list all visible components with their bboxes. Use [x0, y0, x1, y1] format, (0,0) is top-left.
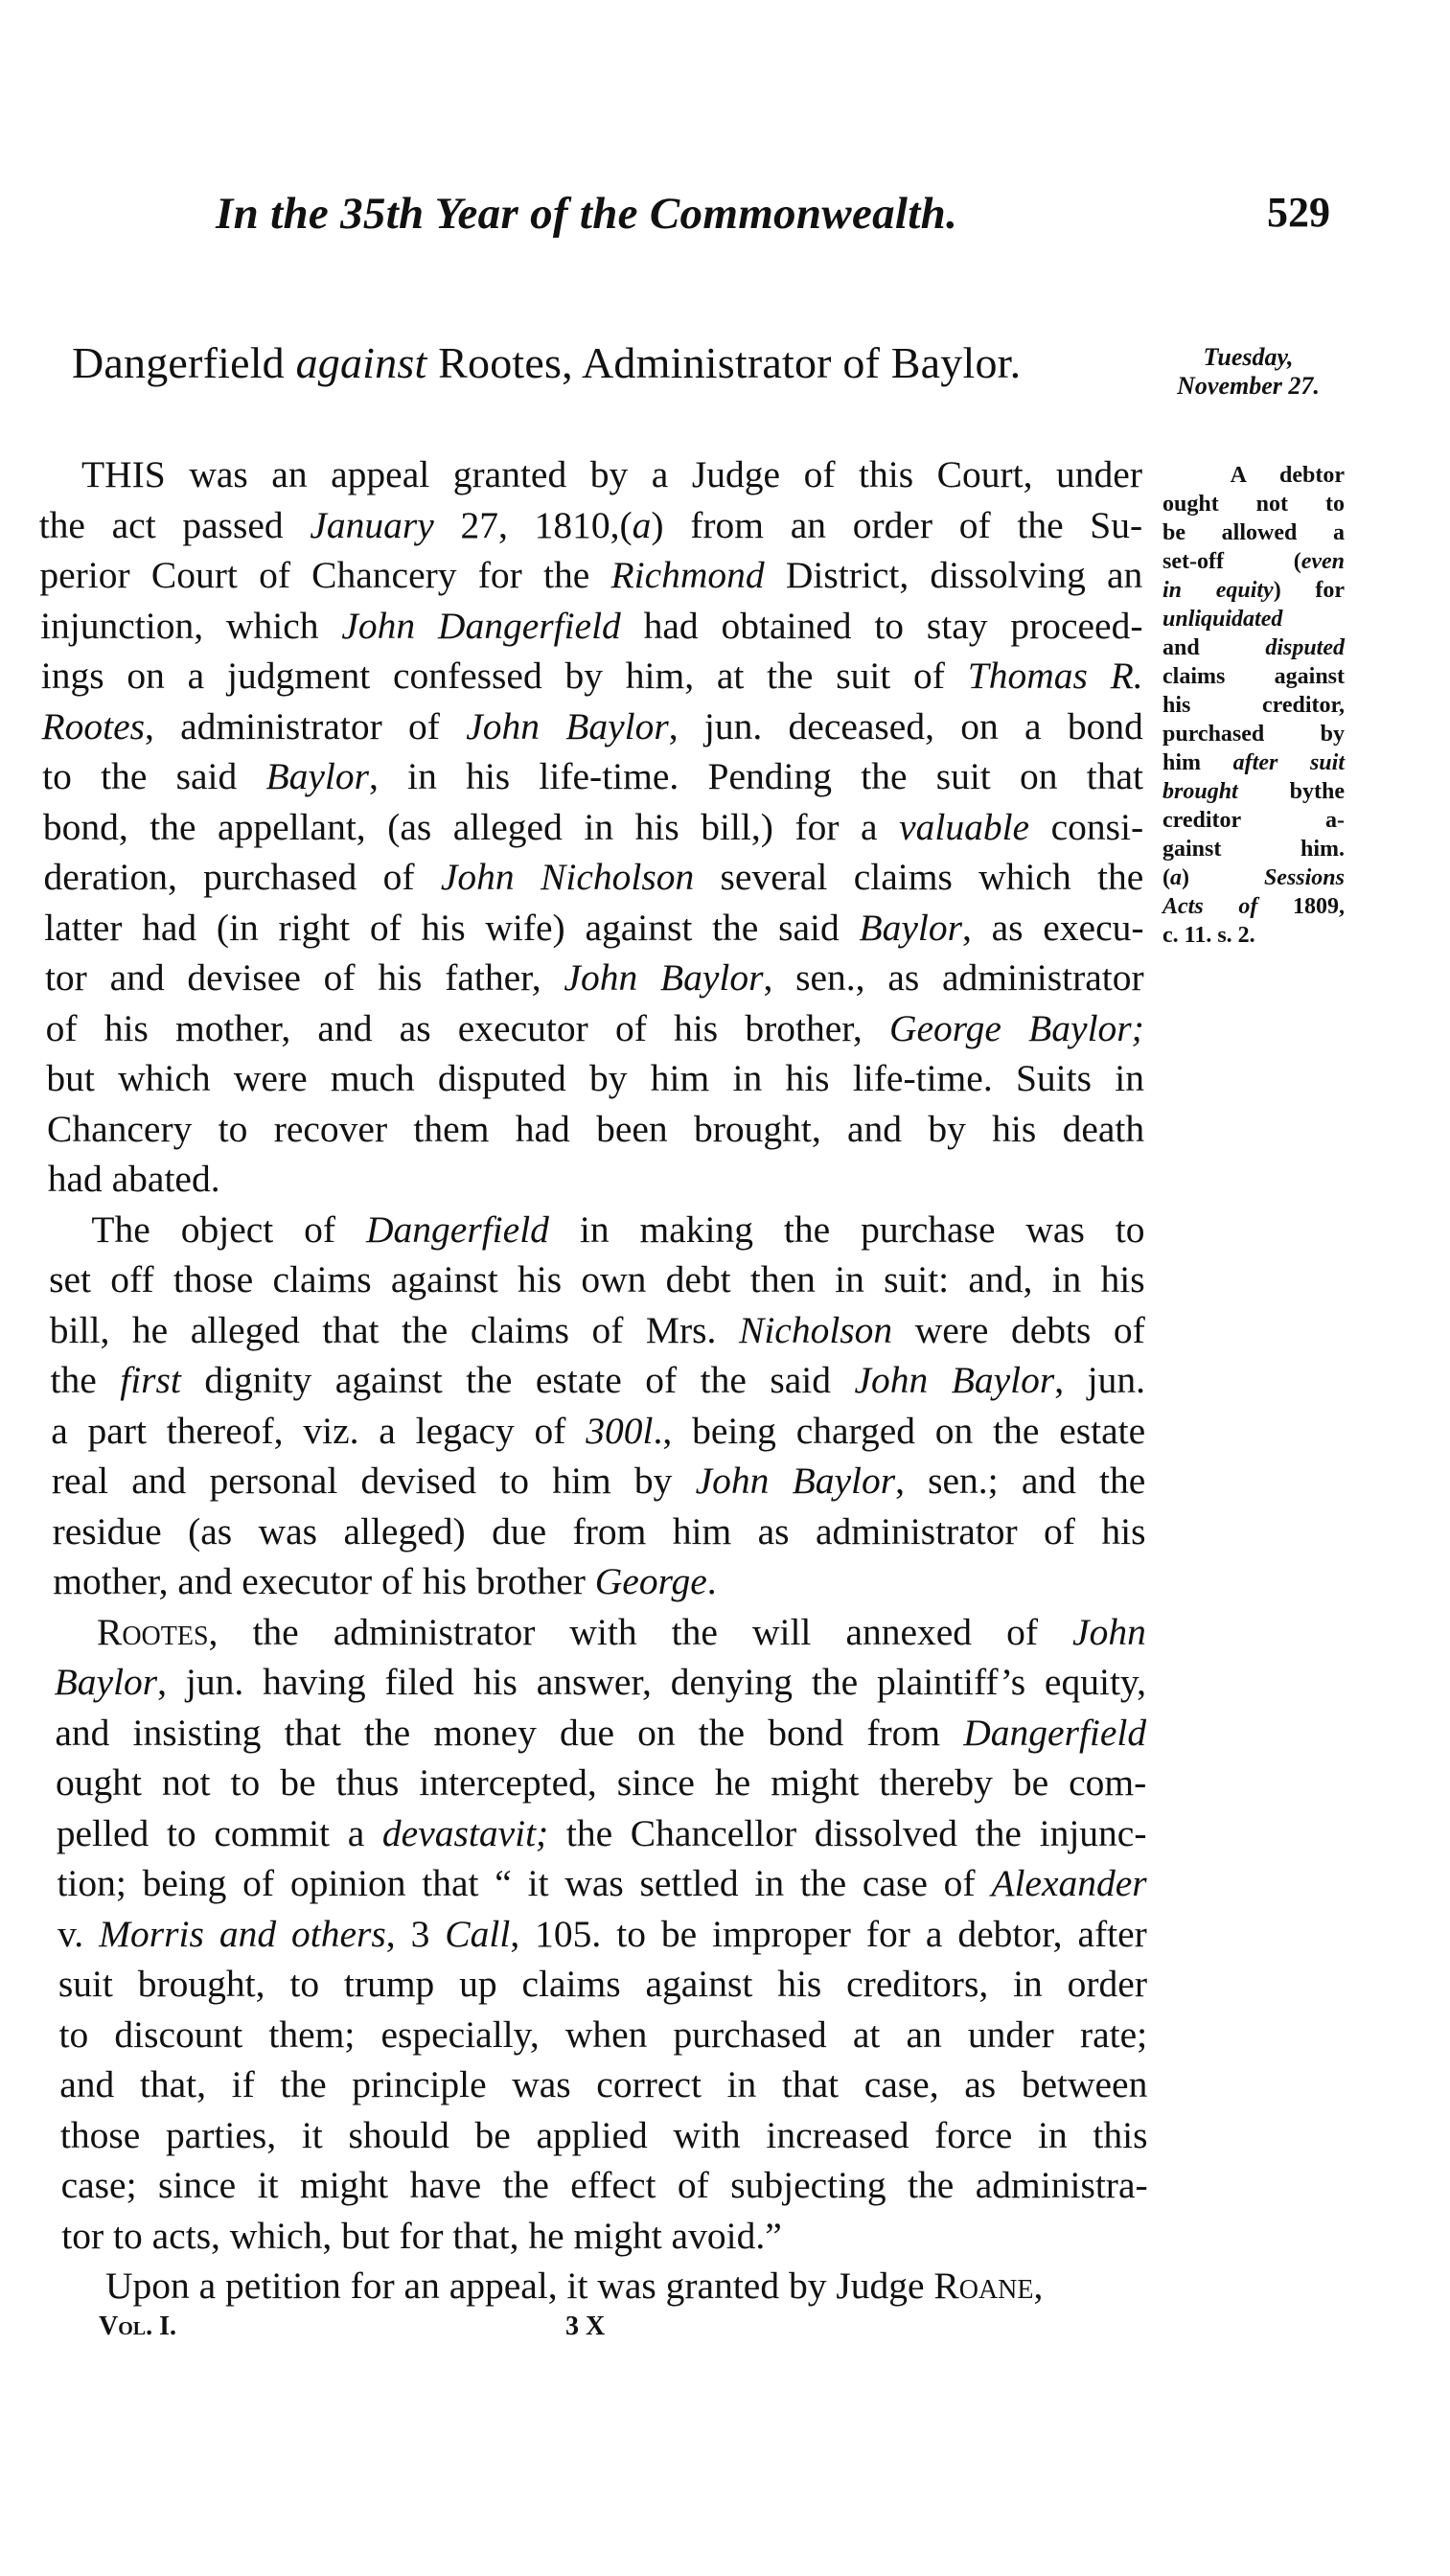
body-line: bill, he alleged that the claims of Mrs.… — [50, 1305, 1145, 1355]
case-title: Dangerfield against Rootes, Administrato… — [72, 337, 1021, 388]
text-run: bill, he alleged that the claims of Mrs. — [50, 1309, 739, 1351]
text-run: residue (as was alleged) due from him as… — [53, 1510, 1146, 1552]
text-run: c. 11. s. 2. — [1162, 923, 1255, 948]
italic-run: devastavit; — [382, 1812, 548, 1854]
body-line: tion; being of opinion that “ it was set… — [57, 1858, 1146, 1908]
italic-run: John Baylor — [466, 705, 669, 747]
text-run: , as execu- — [962, 907, 1144, 949]
italic-run: valuable — [899, 806, 1029, 848]
body-line: to the said Baylor, in his life-time. Pe… — [42, 751, 1143, 801]
page-number: 529 — [1267, 188, 1330, 237]
italic-run: l — [643, 1410, 654, 1452]
text-run: , jun. deceased, on a bond — [669, 705, 1143, 747]
italic-run: Alexander — [991, 1862, 1146, 1904]
body-line: but which were much disputed by him in h… — [46, 1053, 1144, 1103]
body-line: Chancery to recover them had been brough… — [47, 1104, 1144, 1154]
text-run: in making the purchase was to — [549, 1208, 1145, 1251]
text-run: and — [1162, 635, 1265, 660]
text-run: but which were much disputed by him in h… — [46, 1057, 1144, 1099]
paragraph-first-line: Upon a petition for an appeal, it was gr… — [105, 2261, 1148, 2311]
body-line: pelled to commit a devastavit; the Chanc… — [57, 1808, 1147, 1858]
italic-run: Morris and others — [99, 1913, 386, 1955]
text-run: to the said — [42, 755, 265, 797]
date-month-day: November 27. — [1150, 372, 1346, 401]
text-run: set-off ( — [1162, 549, 1301, 574]
text-run: perior Court of Chancery for the — [39, 554, 610, 596]
text-run: Dangerfield — [72, 338, 296, 387]
text-run: the Chancellor dissolved the injunc- — [548, 1812, 1146, 1854]
body-line: tor and devisee of his father, John Bayl… — [45, 953, 1144, 1002]
margin-note-line: brought bythe — [1162, 777, 1345, 806]
small-caps-run: Rootes — [97, 1611, 209, 1653]
body-line: v. Morris and others, 3 Call, 105. to be… — [58, 1909, 1147, 1959]
italic-run: Acts of — [1162, 894, 1257, 919]
text-run: Chancery to recover them had been brough… — [47, 1108, 1144, 1150]
margin-note-line: unliquidated — [1162, 605, 1345, 633]
margin-note-line: be allowed a — [1162, 518, 1345, 547]
text-run: had abated. — [48, 1158, 220, 1200]
paragraph-first-line: THIS was an appeal granted by a Judge of… — [81, 449, 1142, 499]
body-line: Rootes, administrator of John Baylor, ju… — [41, 701, 1142, 751]
text-run: , 3 — [386, 1913, 446, 1955]
body-line: case; since it might have the effect of … — [61, 2160, 1148, 2210]
text-run: ought not to — [1162, 492, 1345, 517]
text-run: , jun. having filed his answer, denying … — [157, 1661, 1146, 1703]
body-line: deration, purchased of John Nicholson se… — [44, 852, 1144, 902]
body-line: latter had (in right of his wife) agains… — [44, 903, 1143, 953]
italic-run: Dangerfield — [963, 1712, 1146, 1754]
text-run: dignity against the estate of the said — [181, 1359, 855, 1401]
text-run: the act passed — [39, 504, 311, 546]
running-head: In the 35th Year of the Commonwealth. — [216, 188, 957, 240]
text-run: mother, and executor of his brother — [53, 1560, 595, 1602]
text-run: v. — [58, 1913, 99, 1955]
body-line: set off those claims against his own deb… — [49, 1254, 1145, 1304]
italic-run: even — [1301, 549, 1345, 574]
italic-run: against — [296, 338, 427, 387]
text-run: THIS was an appeal granted by a Judge of… — [81, 453, 1142, 495]
italic-run: January — [310, 504, 433, 546]
text-run: his creditor, — [1162, 693, 1345, 718]
text-run: , jun. — [1054, 1359, 1145, 1401]
text-run: ) for — [1274, 578, 1345, 603]
body-line: ings on a judgment confessed by him, at … — [41, 651, 1143, 701]
text-run: tor and devisee of his father, — [45, 956, 564, 999]
text-run: District, dissolving an — [765, 554, 1143, 596]
text-run: ( — [1162, 865, 1170, 890]
italic-run: disputed — [1265, 635, 1345, 660]
date-day: Tuesday, — [1150, 343, 1346, 372]
italic-run: Sessions — [1264, 865, 1345, 890]
italic-run: John Dangerfield — [341, 605, 621, 647]
body-line: and insisting that the money due on the … — [55, 1708, 1146, 1758]
body-line: a part thereof, viz. a legacy of 300l., … — [51, 1406, 1145, 1456]
italic-run: Dangerfield — [366, 1208, 549, 1251]
margin-note-line: creditor a- — [1162, 806, 1345, 835]
body-line: had abated. — [48, 1154, 1145, 1204]
italic-run: after suit — [1233, 750, 1345, 775]
body-line: those parties, it should be applied with… — [60, 2110, 1148, 2160]
text-run: of his mother, and as executor of his br… — [46, 1007, 889, 1049]
italic-run: Nicholson — [739, 1309, 892, 1351]
text-run: ) — [1182, 865, 1264, 890]
body-line: injunction, which John Dangerfield had o… — [40, 601, 1142, 651]
text-run: deration, purchased of — [44, 856, 441, 898]
text-run: ings on a judgment confessed by him, at … — [41, 655, 968, 697]
text-run: , in his life-time. Pending the suit on … — [369, 755, 1143, 797]
italic-run: Baylor — [859, 907, 962, 949]
text-run: him — [1162, 750, 1233, 775]
italic-run: John Baylor — [855, 1359, 1055, 1401]
text-run: to discount them; especially, when purch… — [59, 2013, 1148, 2056]
text-run: were debts of — [892, 1309, 1145, 1351]
text-run: Upon a petition for an appeal, it was gr… — [105, 2265, 933, 2307]
italic-run: brought — [1162, 779, 1238, 804]
margin-note-line: A debtor — [1162, 461, 1345, 490]
text-run: 1809, — [1257, 894, 1345, 919]
text-run: several claims which the — [694, 856, 1143, 898]
text-run: a part thereof, viz. a legacy of — [51, 1410, 586, 1452]
italic-run: Thomas R. — [968, 655, 1143, 697]
body-line: mother, and executor of his brother Geor… — [53, 1556, 1145, 1606]
text-run: injunction, which — [40, 605, 341, 647]
margin-note-line: gainst him. — [1162, 835, 1345, 863]
italic-run: 300 — [586, 1410, 642, 1452]
text-run: , — [1034, 2265, 1044, 2307]
italic-run: John Nicholson — [441, 856, 694, 898]
margin-note-line: (a) Sessions — [1162, 863, 1345, 892]
text-run: had obtained to stay proceed- — [621, 605, 1143, 647]
text-run: tor to acts, which, but for that, he mig… — [61, 2215, 781, 2257]
text-run: claims against — [1162, 664, 1345, 689]
body-line: and that, if the principle was correct i… — [59, 2059, 1147, 2109]
text-run: suit brought, to trump up claims against… — [58, 1963, 1147, 2005]
text-run: creditor a- — [1162, 808, 1345, 833]
text-run: A debtor — [1162, 463, 1345, 488]
italic-run: in equity — [1162, 578, 1274, 603]
body-line: perior Court of Chancery for the Richmon… — [39, 550, 1142, 600]
text-run: set off those claims against his own deb… — [49, 1258, 1145, 1300]
text-run: the — [51, 1359, 121, 1401]
italic-run: Baylor — [265, 755, 369, 797]
body-line: Baylor, jun. having filed his answer, de… — [55, 1657, 1146, 1707]
text-run: purchased by — [1162, 722, 1345, 747]
body-line: residue (as was alleged) due from him as… — [53, 1506, 1146, 1556]
italic-run: a — [633, 504, 652, 546]
text-run: case; since it might have the effect of … — [61, 2164, 1148, 2206]
margin-note-line: c. 11. s. 2. — [1162, 921, 1345, 950]
text-run: be allowed a — [1162, 520, 1345, 545]
text-run: latter had (in right of his wife) agains… — [44, 907, 859, 949]
text-run: The object of — [91, 1208, 366, 1251]
italic-run: unliquidated — [1162, 607, 1282, 632]
text-run: 27, 1810,( — [434, 504, 633, 546]
text-run: those parties, it should be applied with… — [60, 2114, 1148, 2156]
body-line: of his mother, and as executor of his br… — [46, 1003, 1144, 1053]
text-run: ) from an order of the Su- — [651, 504, 1142, 546]
italic-run: first — [120, 1359, 181, 1401]
margin-note-line: him after suit — [1162, 748, 1345, 777]
body-line: tor to acts, which, but for that, he mig… — [61, 2211, 1148, 2261]
margin-note-line: his creditor, — [1162, 691, 1345, 720]
body-line: bond, the appellant, (as alleged in his … — [43, 802, 1143, 852]
margin-note-line: in equity) for — [1162, 576, 1345, 605]
text-run: ., being charged on the estate — [654, 1410, 1146, 1452]
body-line: real and personal devised to him by John… — [52, 1456, 1145, 1506]
date-sidenote: Tuesday, November 27. — [1150, 343, 1346, 401]
italic-run: Baylor — [55, 1661, 158, 1703]
italic-run: George — [595, 1560, 707, 1602]
italic-run: George Baylor; — [889, 1007, 1144, 1049]
paragraph-first-line: The object of Dangerfield in making the … — [91, 1205, 1144, 1254]
text-run: consi- — [1029, 806, 1143, 848]
text-run: bond, the appellant, (as alleged in his … — [43, 806, 899, 848]
footer-volume: Vol. I. — [99, 2311, 176, 2342]
body-line: suit brought, to trump up claims against… — [58, 1959, 1147, 2009]
italic-run: John — [1072, 1611, 1146, 1653]
text-run: , sen., as administrator — [763, 956, 1143, 999]
margin-headnote: A debtorought not tobe allowed aset-off … — [1162, 461, 1345, 950]
text-run: , 105. to be improper for a debtor, afte… — [510, 1913, 1146, 1955]
text-run: . — [707, 1560, 717, 1602]
margin-note-line: Acts of 1809, — [1162, 892, 1345, 921]
body-line: to discount them; especially, when purch… — [59, 2010, 1148, 2059]
italic-run: John Baylor — [696, 1460, 895, 1502]
italic-run: Richmond — [610, 554, 764, 596]
italic-run: Rootes — [41, 705, 145, 747]
paragraph-first-line: Rootes, the administrator with the will … — [97, 1607, 1146, 1657]
text-run: bythe — [1238, 779, 1345, 804]
margin-note-line: claims against — [1162, 662, 1345, 691]
text-run: pelled to commit a — [57, 1812, 382, 1854]
italic-run: Call — [445, 1913, 510, 1955]
text-run: tion; being of opinion that “ it was set… — [57, 1862, 991, 1904]
body-line: the first dignity against the estate of … — [51, 1355, 1146, 1405]
margin-note-line: and disputed — [1162, 633, 1345, 662]
small-caps-run: Roane — [933, 2265, 1033, 2307]
text-run: , sen.; and the — [895, 1460, 1145, 1502]
italic-run: John Baylor — [564, 956, 763, 999]
margin-note-line: purchased by — [1162, 720, 1345, 748]
text-run: gainst him. — [1162, 837, 1345, 862]
text-run: real and personal devised to him by — [52, 1460, 696, 1502]
text-run: , the administrator with the will annexe… — [209, 1611, 1072, 1653]
text-run: ought not to be thus intercepted, since … — [56, 1761, 1146, 1804]
italic-run: a — [1170, 865, 1182, 890]
text-run: Rootes, Administrator of Baylor. — [426, 338, 1021, 387]
text-run: and insisting that the money due on the … — [55, 1712, 963, 1754]
text-run: and that, if the principle was correct i… — [59, 2063, 1147, 2105]
footer-signature-mark: 3 X — [565, 2311, 605, 2342]
margin-note-line: set-off (even — [1162, 547, 1345, 576]
margin-note-line: ought not to — [1162, 490, 1345, 518]
text-run: , administrator of — [145, 705, 466, 747]
body-line: the act passed January 27, 1810,(a) from… — [39, 500, 1142, 550]
body-line: ought not to be thus intercepted, since … — [56, 1758, 1146, 1807]
